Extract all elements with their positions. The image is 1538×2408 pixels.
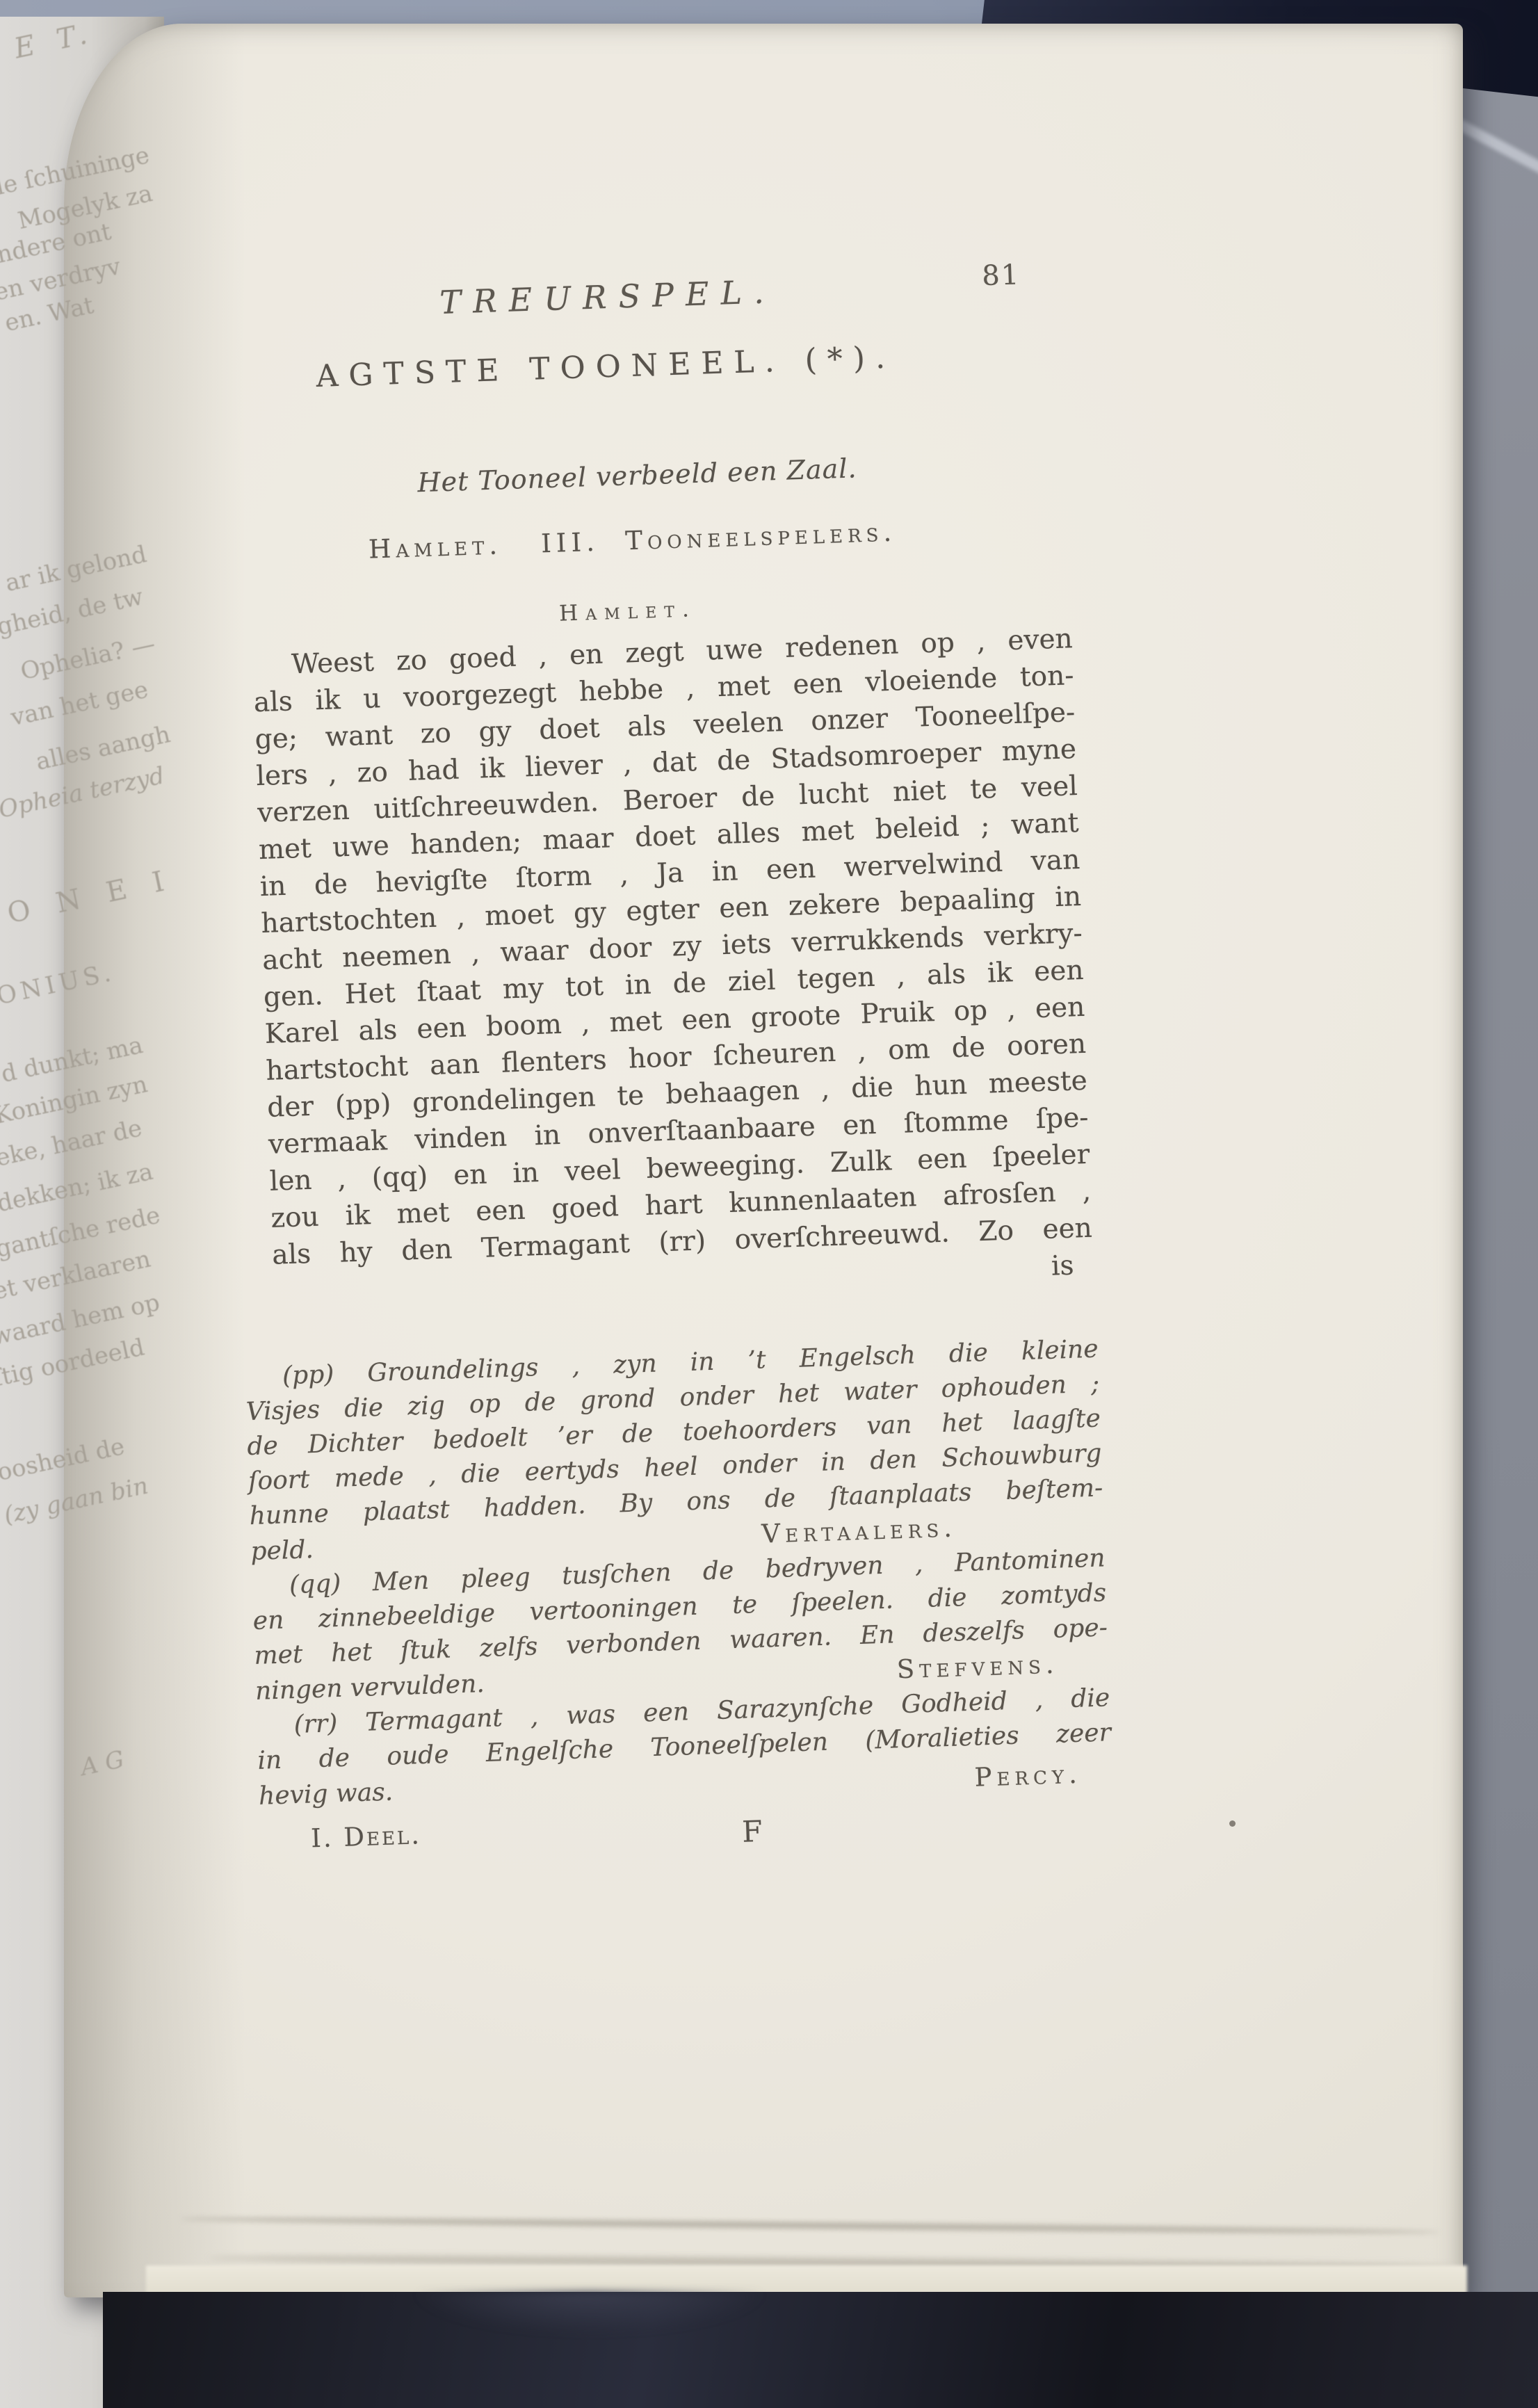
fabric-highlight — [1455, 119, 1538, 188]
footnotes-block: (pp) Groundelings , zyn in ’t Engelsch d… — [244, 1332, 1112, 1813]
prev-page-text-column: E T. le ſchuininge Mogelyk za ndere ont … — [0, 0, 175, 1891]
prev-page-text-fragment: E T. — [11, 17, 96, 65]
footnote-line: hevig was. — [258, 1775, 394, 1813]
footnote-pp: (pp) Groundelings , zyn in ’t Engelsch d… — [244, 1332, 1104, 1569]
cast-line: Hamlet. III. Tooneelspelers. — [222, 512, 1043, 569]
prev-page-text-fragment: Opheia terzyd — [0, 761, 167, 824]
footnote-line: peld. — [250, 1533, 314, 1569]
prev-page-text-fragment: O N E I L — [5, 855, 175, 930]
dialogue-paragraph: Weest zo goed , en zegt uwe redenen op ,… — [252, 620, 1094, 1311]
prev-page-text-fragment: ONIUS. — [0, 959, 118, 1011]
scene-heading: AGTSTE TOONEEL. (*). — [195, 336, 1017, 398]
prev-page-text-fragment: A G — [79, 1745, 127, 1781]
footnote-attribution: Percy. — [974, 1757, 1083, 1795]
book-photo: E T. le ſchuininge Mogelyk za ndere ont … — [0, 0, 1538, 2408]
footnote-attribution: Vertaalers. — [761, 1510, 957, 1551]
signature-mark: F — [741, 1814, 763, 1849]
page-number: 81 — [982, 259, 1021, 292]
footnote-attribution: Stefvens. — [896, 1647, 1059, 1688]
fabric-background-bottom — [103, 2292, 1538, 2408]
volume-label: I. Deel. — [310, 1820, 421, 1853]
printed-page-content: TREURSPEL. 81 AGTSTE TOONEEL. (*). Het T… — [240, 263, 1112, 1866]
stage-direction: Het Tooneel verbeeld een Zaal. — [227, 446, 1048, 504]
ink-spot — [1229, 1820, 1236, 1827]
footnote-qq: (qq) Men pleeg tusſchen de bedryven , Pa… — [251, 1541, 1109, 1709]
